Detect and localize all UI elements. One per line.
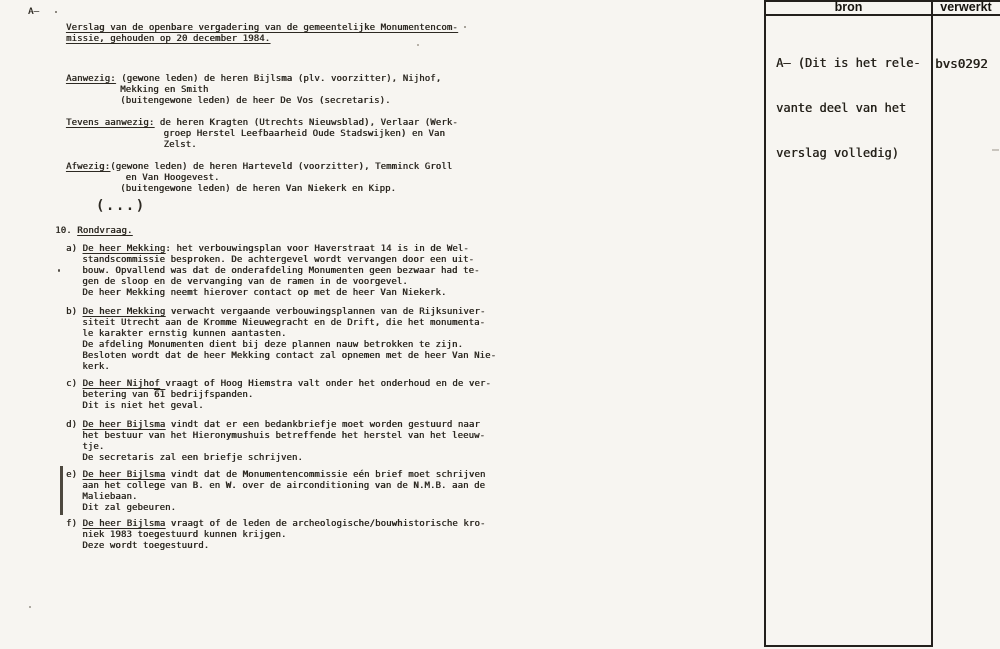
doc-line: Dit zal gebeuren. <box>28 503 485 514</box>
doc-text: De secretaris zal een briefje schrijven. <box>82 453 303 463</box>
doc-line: b) De heer Mekking verwacht vergaande ve… <box>28 307 496 318</box>
scan-speck <box>58 269 60 272</box>
doc-line: De heer Mekking neemt hierover contact o… <box>28 288 480 299</box>
doc-line: e) De heer Bijlsma vindt dat de Monument… <box>28 470 485 481</box>
underlined-text: Tevens aanwezig: <box>66 118 154 128</box>
item-a: a) De heer Mekking: het verbouwingsplan … <box>28 244 480 299</box>
doc-line: (buitengewone leden) de heren Van Nieker… <box>28 184 452 195</box>
doc-text: kerk. <box>82 362 110 372</box>
doc-line: Aanwezig: (gewone leden) de heren Bijlsm… <box>28 74 441 85</box>
underlined-text: De heer Mekking <box>83 244 166 254</box>
doc-line: Dit is niet het geval. <box>28 401 491 412</box>
doc-text: b) <box>66 307 83 317</box>
doc-text: bedrijfspanden. <box>165 390 253 400</box>
underlined-text: De heer Mekking <box>83 307 166 317</box>
doc-text: niek 1983 toegestuurd kunnen krijgen. <box>82 530 286 540</box>
column-header-bron: bron <box>767 1 930 14</box>
doc-text: (buitengewone leden) de heren Van Nieker… <box>120 184 396 194</box>
underlined-text: Verslag van de openbare vergadering van … <box>66 23 458 33</box>
rondvraag-heading: 10. Rondvraag. <box>28 226 132 237</box>
doc-text: en Van Hoogevest. <box>126 173 220 183</box>
bron-cell-line: vante deel van het <box>776 101 921 116</box>
doc-line: De afdeling Monumenten dient bij deze pl… <box>28 340 496 351</box>
doc-text: le karakter ernstig kunnen aantasten. <box>82 329 286 339</box>
doc-line: f) De heer Bijlsma vraagt of de leden de… <box>28 519 485 530</box>
doc-line: c) De heer Nijhof vraagt of Hoog Hiemstr… <box>28 379 491 390</box>
underlined-text: missie, gehouden op 20 december 1984. <box>66 34 270 44</box>
doc-text: tje. <box>82 442 104 452</box>
doc-line: niek 1983 toegestuurd kunnen krijgen. <box>28 530 485 541</box>
underlined-text: De heer Bijlsma <box>83 420 166 430</box>
underlined-text: Afwezig: <box>66 162 110 172</box>
bron-cell-line: verslag volledig) <box>776 146 921 161</box>
doc-line: Tevens aanwezig: de heren Kragten (Utrec… <box>28 118 458 129</box>
doc-line: gen de sloop en de vervanging van de ram… <box>28 277 480 288</box>
doc-line: betering van 61 bedrijfspanden. <box>28 390 491 401</box>
doc-line: d) De heer Bijlsma vindt dat er een beda… <box>28 420 485 431</box>
doc-line: De secretaris zal een briefje schrijven. <box>28 453 485 464</box>
doc-title: Verslag van de openbare vergadering van … <box>28 23 458 45</box>
doc-line: Mekking en Smith <box>28 85 441 96</box>
doc-text: De heer Mekking neemt hierover contact o… <box>82 288 446 298</box>
doc-text: vraagt of Hoog Hiemstra valt onder het o… <box>160 379 491 389</box>
doc-text: Deze wordt toegestuurd. <box>82 541 209 551</box>
item-b: b) De heer Mekking verwacht vergaande ve… <box>28 307 496 373</box>
scan-speck <box>992 149 999 151</box>
scan-speck <box>29 606 31 608</box>
doc-text: Besloten wordt dat de heer Mekking conta… <box>82 351 496 361</box>
doc-text: het bestuur van het Hieronymushuis betre… <box>82 431 485 441</box>
table-column-divider <box>931 0 933 647</box>
doc-line: Deze wordt toegestuurd. <box>28 541 485 552</box>
verwerkt-cell-code: bvs0292 <box>935 57 988 71</box>
doc-line: le karakter ernstig kunnen aantasten. <box>28 329 496 340</box>
doc-text: Zelst. <box>164 140 197 150</box>
doc-text: A– <box>28 7 39 17</box>
doc-text: bouw. Opvallend was dat de onderafdeling… <box>82 266 479 276</box>
doc-line: groep Herstel Leefbaarheid Oude Stadswij… <box>28 129 458 140</box>
doc-text: Maliebaan. <box>82 492 137 502</box>
doc-text: d) <box>66 420 83 430</box>
doc-text: Dit zal gebeuren. <box>82 503 176 513</box>
underlined-text: Aanwezig: <box>66 74 116 84</box>
doc-text: de heren Kragten (Utrechts Nieuwsblad), … <box>154 118 458 128</box>
doc-line: Zelst. <box>28 140 458 151</box>
doc-text: c) <box>66 379 83 389</box>
underlined-text: De heer Bijlsma <box>83 519 166 529</box>
doc-line: (buitengewone leden) de heer De Vos (sec… <box>28 96 441 107</box>
item-f: f) De heer Bijlsma vraagt of de leden de… <box>28 519 485 552</box>
doc-text: Dit is niet het geval. <box>82 401 203 411</box>
doc-line: en Van Hoogevest. <box>28 173 452 184</box>
underlined-text: De heer Nijhof <box>83 379 160 389</box>
scan-speck <box>464 26 466 28</box>
doc-text: : het verbouwingsplan voor Haverstraat 1… <box>165 244 469 254</box>
scan-speck <box>55 11 57 13</box>
table-header-rule <box>764 14 1000 16</box>
doc-text: vraagt of de leden de archeologische/bou… <box>165 519 485 529</box>
table-bottom-border <box>764 645 933 647</box>
doc-line: a) De heer Mekking: het verbouwingsplan … <box>28 244 480 255</box>
column-header-verwerkt: verwerkt <box>933 1 999 14</box>
doc-line: A– <box>28 7 39 18</box>
doc-line: het bestuur van het Hieronymushuis betre… <box>28 431 485 442</box>
doc-text: (buitengewone leden) de heer De Vos (sec… <box>120 96 390 106</box>
doc-line: 10. Rondvraag. <box>28 226 132 237</box>
doc-line: tje. <box>28 442 485 453</box>
doc-line: standscommissie besproken. De achtergeve… <box>28 255 480 266</box>
tevens-aanwezig: Tevens aanwezig: de heren Kragten (Utrec… <box>28 118 458 151</box>
doc-line: missie, gehouden op 20 december 1984. <box>28 34 458 45</box>
item-d: d) De heer Bijlsma vindt dat er een beda… <box>28 420 485 464</box>
bron-cell-line: A– (Dit is het rele- <box>776 56 921 71</box>
underlined-text: De heer Bijlsma <box>83 470 166 480</box>
doc-text: betering van <box>82 390 154 400</box>
doc-line: kerk. <box>28 362 496 373</box>
item-e: e) De heer Bijlsma vindt dat de Monument… <box>28 470 485 514</box>
doc-text: 10. <box>55 226 77 236</box>
doc-text: a) <box>66 244 83 254</box>
omission-mark: (...) <box>96 198 146 214</box>
doc-text: gen de sloop en de vervanging van de ram… <box>82 277 408 287</box>
underlined-text: Rondvraag. <box>77 226 132 236</box>
scan-speck <box>417 44 419 46</box>
doc-text: aan het college van B. en W. over de air… <box>82 481 485 491</box>
aanwezig: Aanwezig: (gewone leden) de heren Bijlsm… <box>28 74 441 107</box>
doc-text: verwacht vergaande verbouwingsplannen va… <box>165 307 485 317</box>
doc-text: (gewone leden) de heren Harteveld (voorz… <box>110 162 452 172</box>
doc-line: bouw. Opvallend was dat de onderafdeling… <box>28 266 480 277</box>
margin-emphasis-bar <box>60 466 63 515</box>
doc-line: aan het college van B. en W. over de air… <box>28 481 485 492</box>
table-left-border <box>764 0 766 647</box>
doc-text: siteit Utrecht aan de Kromme Nieuwegrach… <box>82 318 485 328</box>
margin-mark: A– <box>28 7 39 18</box>
doc-text: (gewone leden) de heren Bijlsma (plv. vo… <box>116 74 442 84</box>
doc-text: Mekking en Smith <box>120 85 208 95</box>
doc-text: De afdeling Monumenten dient bij deze pl… <box>82 340 463 350</box>
doc-text: f) <box>66 519 83 529</box>
item-c: c) De heer Nijhof vraagt of Hoog Hiemstr… <box>28 379 491 412</box>
scan-page: A–Verslag van de openbare vergadering va… <box>0 0 1000 649</box>
bron-cell-note: A– (Dit is het rele- vante deel van het … <box>776 26 921 191</box>
doc-line: Afwezig:(gewone leden) de heren Hartevel… <box>28 162 452 173</box>
overlined-text: 61 <box>154 390 165 400</box>
doc-line: Maliebaan. <box>28 492 485 503</box>
doc-text: vindt dat er een bedankbriefje moet word… <box>165 420 480 430</box>
afwezig: Afwezig:(gewone leden) de heren Hartevel… <box>28 162 452 195</box>
doc-line: siteit Utrecht aan de Kromme Nieuwegrach… <box>28 318 496 329</box>
doc-line: Besloten wordt dat de heer Mekking conta… <box>28 351 496 362</box>
doc-text: groep Herstel Leefbaarheid Oude Stadswij… <box>164 129 445 139</box>
doc-text: standscommissie besproken. De achtergeve… <box>82 255 474 265</box>
doc-text: vindt dat de Monumentencommissie eén bri… <box>165 470 485 480</box>
doc-line: Verslag van de openbare vergadering van … <box>28 23 458 34</box>
doc-text: e) <box>66 470 83 480</box>
